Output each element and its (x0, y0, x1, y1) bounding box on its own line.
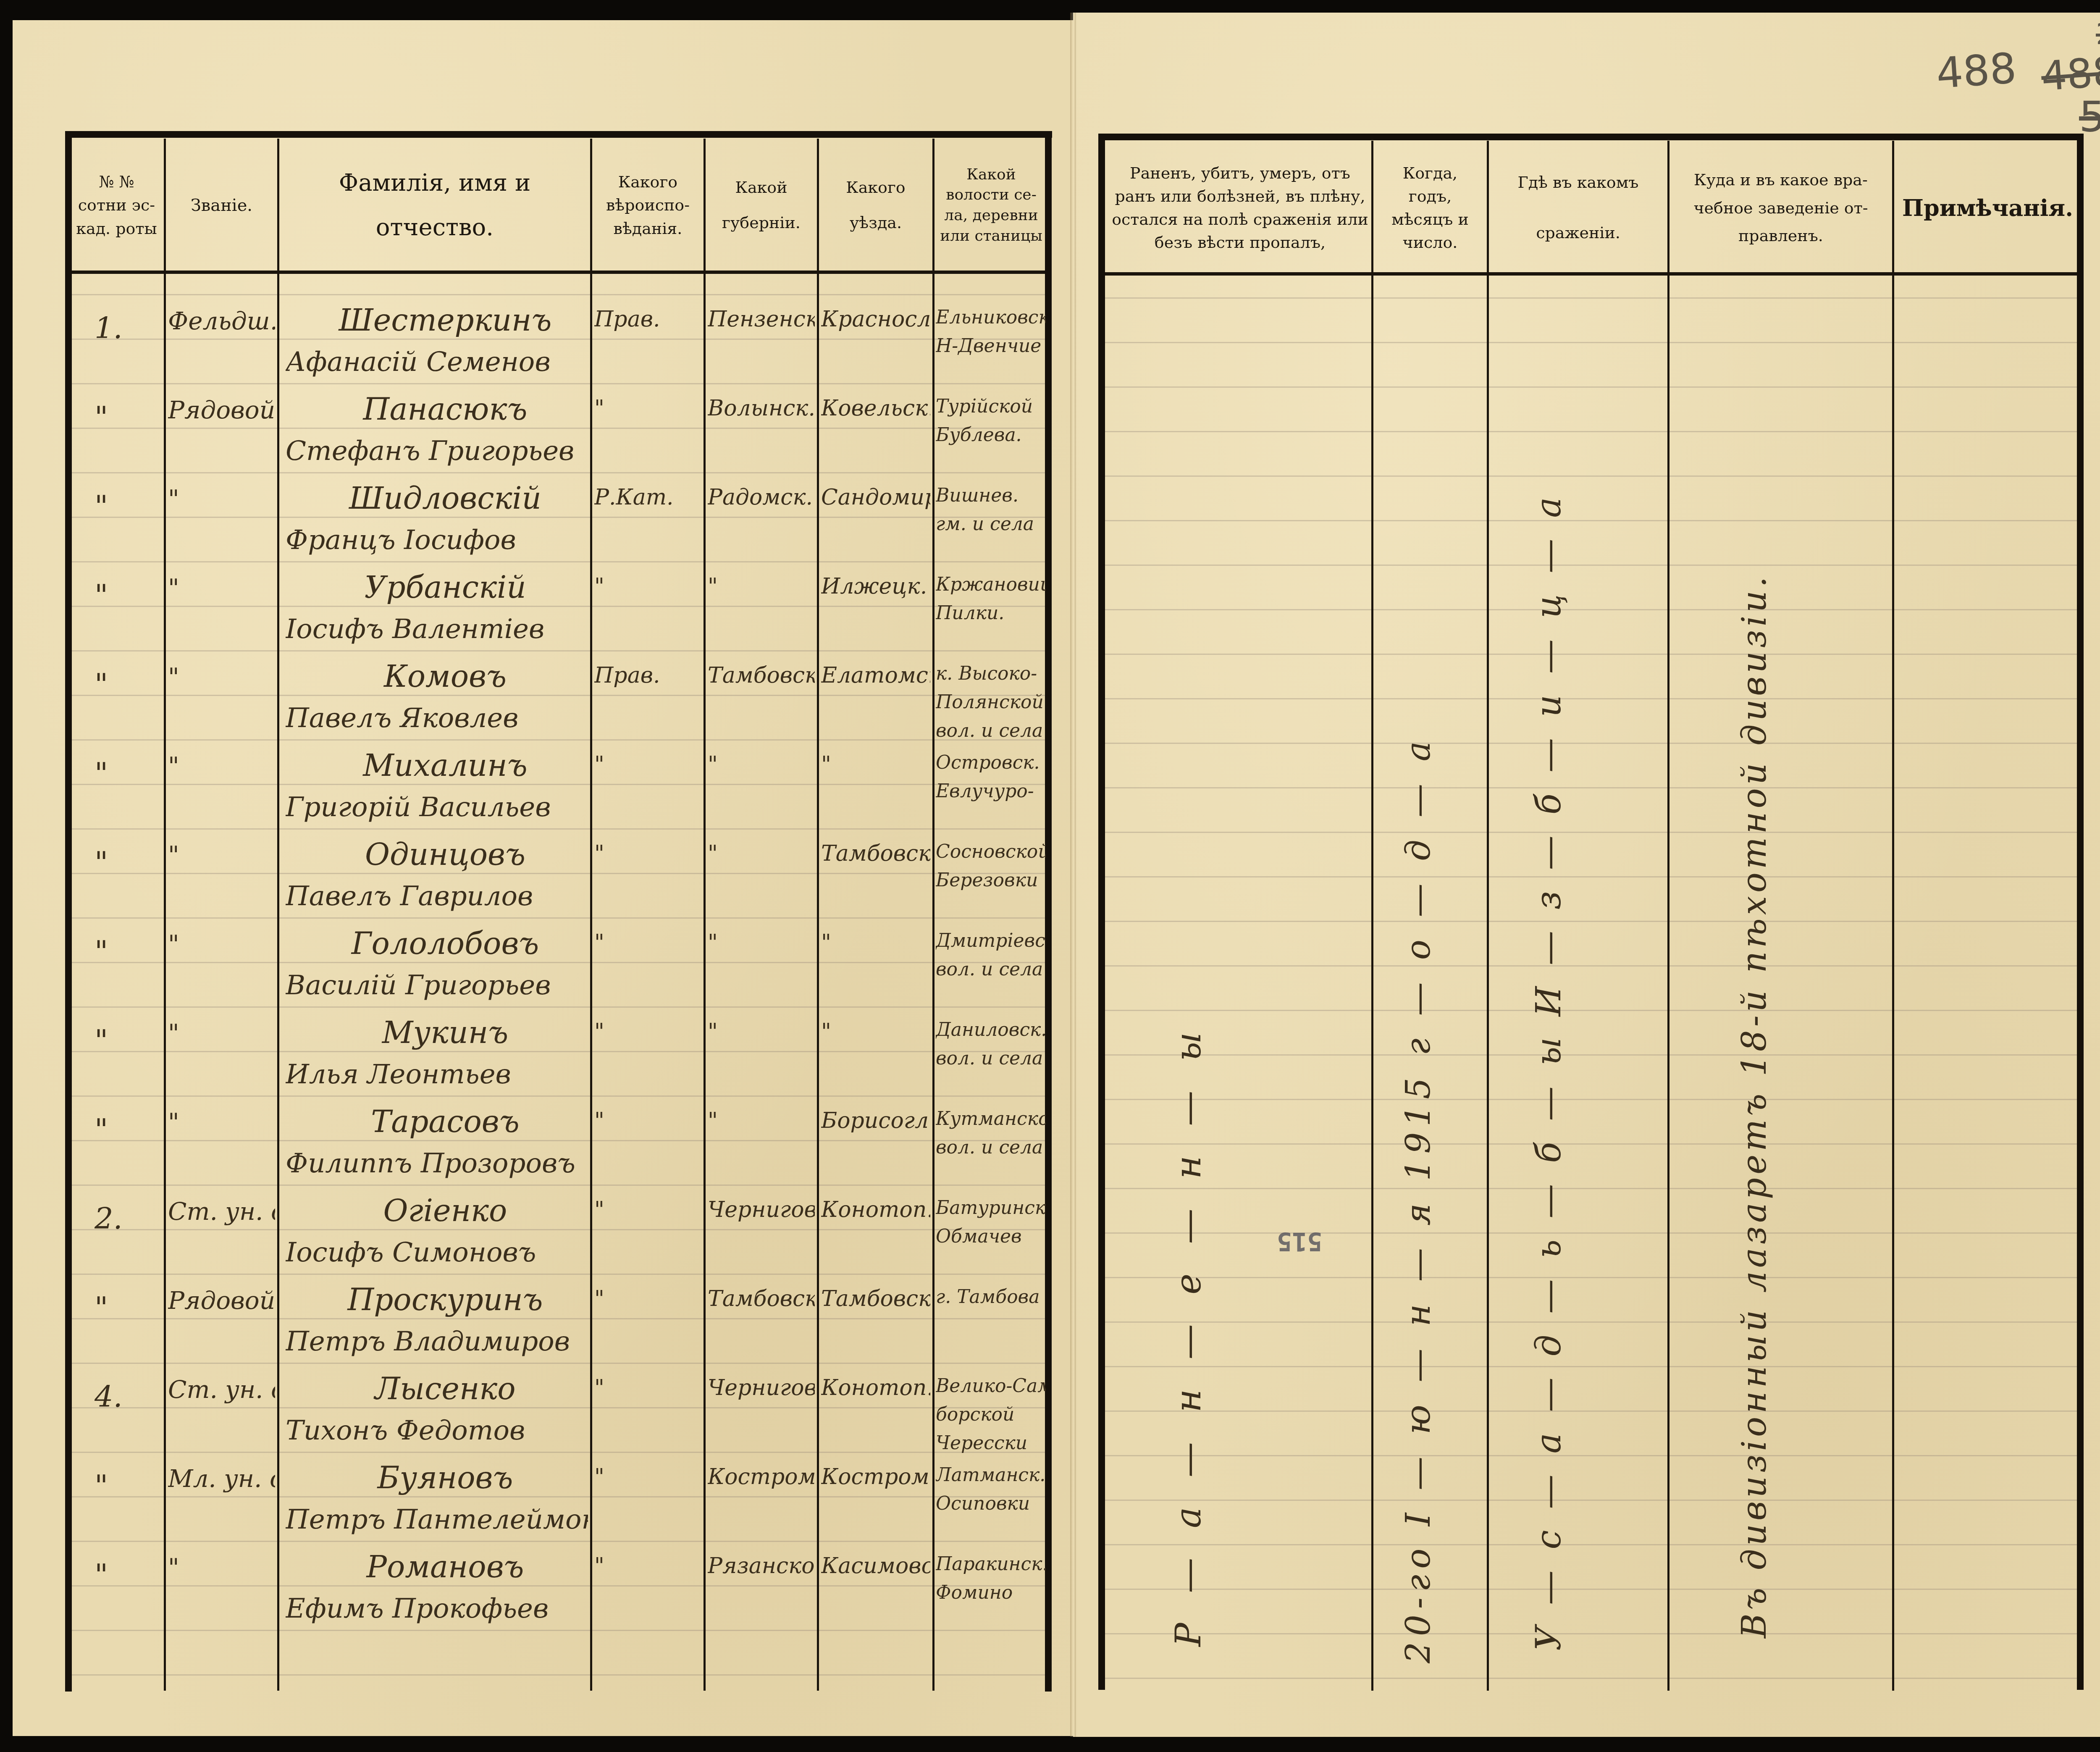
district: Елатомск. (821, 663, 930, 688)
village: Кутманской (936, 1108, 1046, 1129)
company-number: 4. (94, 1379, 123, 1414)
right-column-divider (1892, 141, 1894, 1691)
surname: Огіенко (319, 1193, 571, 1228)
ruled-line (69, 1674, 1048, 1676)
company-number: " (94, 1023, 108, 1058)
rank: " (168, 485, 179, 513)
village: Бублева. (936, 424, 1022, 446)
ruled-line (69, 1585, 1048, 1587)
province: Черниговск. (708, 1197, 815, 1222)
ruled-line (1102, 520, 2081, 521)
header-status: Раненъ, убитъ, умеръ, отъранъ или болѣзн… (1109, 143, 1371, 273)
village: Полянской (936, 691, 1044, 713)
ruled-line (1102, 1366, 2081, 1367)
district: Тамбовск. (821, 1286, 930, 1311)
ruled-line (1102, 1589, 2081, 1590)
province: " (708, 841, 718, 866)
province: " (708, 1019, 718, 1044)
ruled-line (1102, 876, 2081, 877)
surname: Гололобовъ (319, 926, 571, 961)
ruled-line (1102, 609, 2081, 610)
district: Краснослоб. (821, 307, 930, 332)
header-rank: Званіе. (166, 139, 277, 272)
religion: " (594, 930, 604, 955)
given-name-patronymic: Григорій Васильев (286, 792, 551, 823)
date-entry: 20-го І — ю — н — я 1915 г — о — д — а (1399, 735, 1438, 1663)
district: Конотоп. (821, 1375, 930, 1400)
religion: " (594, 1108, 604, 1133)
village: Паракинск. (936, 1553, 1046, 1575)
surname: Романовъ (319, 1549, 571, 1584)
surname: Буяновъ (319, 1460, 571, 1495)
company-number: " (94, 578, 108, 612)
village: Пилки. (936, 602, 1004, 624)
village: Фомино (936, 1582, 1013, 1603)
right-column-divider (1371, 141, 1373, 1691)
ruled-line (1102, 1500, 2081, 1501)
village: Чересски (936, 1432, 1027, 1454)
hospital-entry: Въ дивизіонный лазаретъ 18-й пѣхотной ди… (1735, 573, 1774, 1638)
religion: " (594, 1197, 604, 1222)
ruled-line (69, 428, 1048, 429)
header-hospital: Куда и въ какое вра-чебное заведеніе от-… (1669, 143, 1892, 273)
given-name-patronymic: Василій Григорьев (286, 970, 551, 1001)
district: " (821, 1019, 831, 1044)
ruled-line (1102, 1054, 2081, 1056)
province: Черниговск. (708, 1375, 815, 1400)
company-number: " (94, 756, 108, 791)
company-number: 1. (94, 311, 123, 345)
province: " (708, 752, 718, 777)
village: Латманск. (936, 1464, 1045, 1486)
given-name-patronymic: Филиппъ Прозоровъ (286, 1148, 575, 1179)
village: Березовки (936, 869, 1038, 891)
ruled-line (1102, 654, 2081, 655)
rank: Фельдш. (168, 307, 275, 335)
village: вол. и села (936, 1137, 1043, 1158)
ruled-line (69, 784, 1048, 785)
ruled-line (69, 828, 1048, 830)
ruled-line (1102, 1188, 2081, 1189)
province: Пензенск. (708, 307, 815, 332)
left-column-divider (817, 139, 819, 1691)
ruled-line (69, 962, 1048, 963)
rank: " (168, 663, 179, 691)
archive-stamp-number: 515 (1277, 1227, 1322, 1256)
district: Сандомир. (821, 485, 930, 510)
ruled-line (1102, 1143, 2081, 1145)
religion: Р.Кат. (594, 485, 674, 510)
ruled-line (69, 472, 1048, 473)
rank: Ст. ун. оф. (168, 1375, 275, 1404)
company-number: " (94, 845, 108, 880)
village: Островск. (936, 752, 1040, 773)
right-table-right-border (2077, 134, 2084, 1690)
ruled-line (69, 1274, 1048, 1275)
company-number: " (94, 934, 108, 969)
ruled-line (69, 1051, 1048, 1052)
ruled-line (69, 1452, 1048, 1453)
right-table-top-border (1098, 134, 2083, 140)
district: Борисогл. (821, 1108, 930, 1133)
ruled-line (69, 1496, 1048, 1497)
ruled-line (1102, 832, 2081, 833)
village: гм. и села (936, 513, 1034, 535)
left-table-right-border (1045, 131, 1052, 1692)
ruled-line (69, 561, 1048, 562)
ruled-line (1102, 1099, 2081, 1100)
rank: Рядовой (168, 396, 275, 424)
religion: " (594, 1464, 604, 1489)
rank: " (168, 752, 179, 780)
surname: Шестеркинъ (319, 302, 571, 338)
company-number: 2. (94, 1201, 123, 1236)
right-table-left-border (1098, 134, 1105, 1690)
village: вол. и села (936, 959, 1043, 980)
village: Обмачев (936, 1226, 1022, 1247)
village: Евлучуро- (936, 780, 1034, 802)
ruled-line (1102, 297, 2081, 299)
religion: " (594, 1375, 604, 1400)
ruled-line (69, 1363, 1048, 1364)
pencil-page-number-3: 2 (2096, 17, 2100, 51)
rank: " (168, 1108, 179, 1137)
surname: Урбанскій (319, 570, 571, 605)
right-column-divider (1487, 141, 1489, 1691)
village: Сосновской (936, 841, 1046, 862)
given-name-patronymic: Францъ Іосифов (286, 525, 516, 556)
company-number: " (94, 1468, 108, 1503)
right-column-divider (1667, 141, 1669, 1691)
given-name-patronymic: Петръ Пантелеймон (286, 1504, 588, 1535)
ruled-line (1102, 431, 2081, 432)
village: Даниловск. (936, 1019, 1046, 1040)
header-notes: Примѣчанія. (1894, 143, 2081, 273)
left-table-top-border (65, 131, 1052, 138)
rank: Мл. ун. оф. (168, 1464, 275, 1493)
given-name-patronymic: Павелъ Яковлев (286, 703, 518, 734)
village: вол. и села (936, 1048, 1043, 1069)
ruled-line (69, 1630, 1048, 1631)
header-province: Какойгуберніи. (706, 139, 817, 272)
ruled-line (69, 1095, 1048, 1097)
given-name-patronymic: Павелъ Гаврилов (286, 881, 533, 912)
province: Тамбовск. (708, 663, 815, 688)
village: к. Высоко- (936, 663, 1037, 684)
village: Вишнев. (936, 485, 1018, 506)
ruled-line (69, 383, 1048, 384)
left-table-left-border (65, 131, 72, 1692)
village: борской (936, 1404, 1014, 1425)
religion: Прав. (594, 307, 660, 332)
religion: " (594, 396, 604, 421)
ruled-line (1102, 386, 2081, 388)
given-name-patronymic: Іосифъ Валентіев (286, 614, 544, 645)
given-name-patronymic: Тихонъ Федотов (286, 1415, 525, 1446)
district: Тамбовск. (821, 841, 930, 866)
left-column-divider (932, 139, 934, 1691)
status-entry: Р — а — н — е — н — ы (1168, 1023, 1209, 1647)
ruled-line (69, 1229, 1048, 1230)
village: Дмитріевск. (936, 930, 1046, 951)
ruled-line (1102, 921, 2081, 922)
religion: " (594, 1286, 604, 1311)
ruled-line (1102, 1010, 2081, 1011)
rank: " (168, 1553, 179, 1582)
given-name-patronymic: Петръ Владимиров (286, 1326, 570, 1357)
ruled-line (69, 294, 1048, 295)
rank: " (168, 1019, 179, 1048)
province: Рязанской (708, 1553, 815, 1579)
ruled-line (1102, 1232, 2081, 1234)
company-number: " (94, 1112, 108, 1147)
religion: " (594, 752, 604, 777)
ruled-line (69, 917, 1048, 919)
left-column-divider (703, 139, 706, 1691)
header-full-name: Фамилія, имя иотчество. (279, 139, 590, 272)
ruled-line (1102, 965, 2081, 967)
village: Ельниковск. (936, 307, 1046, 328)
religion: " (594, 574, 604, 599)
ruled-line (1102, 475, 2081, 477)
ruled-line (69, 1318, 1048, 1319)
header-district: Какогоуѣзда. (819, 139, 932, 272)
province: " (708, 930, 718, 955)
ruled-line (69, 1006, 1048, 1008)
company-number: " (94, 1290, 108, 1325)
village: Батуринск. (936, 1197, 1046, 1219)
pencil-page-number-4: 524 (2079, 92, 2100, 142)
surname: Одинцовъ (319, 837, 571, 872)
surname: Шидловскій (319, 481, 571, 516)
ruled-line (1102, 565, 2081, 566)
ruled-line (1102, 787, 2081, 788)
district: Костромск. (821, 1464, 930, 1489)
province: " (708, 1108, 718, 1133)
province: Тамбовск. (708, 1286, 815, 1311)
battle-location-entry: У — с — а — д — ь — б — ы И — з — б — и … (1529, 492, 1569, 1651)
religion: " (594, 841, 604, 866)
ruled-line (69, 695, 1048, 696)
ruled-line (1102, 1321, 2081, 1323)
province: " (708, 574, 718, 599)
ruled-line (1102, 1544, 2081, 1545)
ruled-line (1102, 698, 2081, 699)
ruled-line (69, 1541, 1048, 1542)
given-name-patronymic: Илья Леонтьев (286, 1059, 511, 1090)
header-village: Какойволости се-ла, деревниили станицы (934, 139, 1048, 272)
district: Ковельск. (821, 396, 930, 421)
book-fold (1070, 13, 1076, 1737)
religion: " (594, 1019, 604, 1044)
given-name-patronymic: Ефимъ Прокофьев (286, 1593, 549, 1624)
ruled-line (69, 873, 1048, 874)
ruled-line (1102, 743, 2081, 744)
district: " (821, 930, 831, 955)
given-name-patronymic: Афанасій Семенов (286, 347, 551, 378)
surname: Тарасовъ (319, 1104, 571, 1139)
ruled-line (1102, 1678, 2081, 1679)
surname: Мукинъ (319, 1015, 571, 1050)
company-number: " (94, 1558, 108, 1592)
district: " (821, 752, 831, 777)
province: Волынск. (708, 396, 815, 421)
district: Конотоп. (821, 1197, 930, 1222)
company-number: " (94, 667, 108, 701)
surname: Комовъ (319, 659, 571, 694)
ruled-line (69, 1185, 1048, 1186)
pencil-page-number-1: 488 (1935, 43, 2018, 98)
rank: Ст. ун. оф. (168, 1197, 275, 1226)
village: Велико-Сам- (936, 1375, 1046, 1397)
surname: Панасюкъ (319, 391, 571, 427)
ruled-line (69, 1140, 1048, 1141)
village: вол. и села (936, 720, 1043, 741)
ruled-line (69, 739, 1048, 741)
ruled-line (69, 650, 1048, 651)
district: Илжецк. (821, 574, 927, 599)
surname: Проскуринъ (319, 1282, 571, 1317)
given-name-patronymic: Іосифъ Симоновъ (286, 1237, 536, 1268)
surname: Лысенко (319, 1371, 571, 1406)
company-number: " (94, 400, 108, 434)
province: Радомск. (708, 485, 813, 510)
rank: Рядовой (168, 1286, 275, 1315)
village: Осиповки (936, 1493, 1030, 1514)
header-battle: Гдѣ въ какомъсраженіи. (1489, 143, 1667, 273)
province: Костромск. (708, 1464, 815, 1489)
religion: " (594, 1553, 604, 1579)
surname: Михалинъ (319, 748, 571, 783)
rank: " (168, 930, 179, 959)
rank: " (168, 574, 179, 602)
religion: Прав. (594, 663, 660, 688)
district: Касимовск. (821, 1553, 930, 1579)
left-column-divider (590, 139, 592, 1691)
village: Н-Двенчие (936, 335, 1041, 357)
ruled-line (1102, 1633, 2081, 1634)
left-column-divider (164, 139, 166, 1691)
village: г. Тамбова (936, 1286, 1039, 1308)
ruled-line (69, 339, 1048, 340)
header-religion: Какоговѣроиспо-вѣданія. (592, 139, 703, 272)
given-name-patronymic: Стефанъ Григорьев (286, 436, 574, 467)
company-number: " (94, 489, 108, 523)
ruled-line (69, 517, 1048, 518)
ruled-line (1102, 1277, 2081, 1278)
ruled-line (69, 1407, 1048, 1408)
header-company-number: № №сотни эс-кад. роты (69, 139, 164, 272)
rank: " (168, 841, 179, 869)
ruled-line (1102, 1455, 2081, 1456)
ruled-line (1102, 342, 2081, 343)
village: Турійской (936, 396, 1033, 417)
ruled-line (1102, 1411, 2081, 1412)
header-when: Когда,годъ,мѣсяцъ ичисло. (1373, 143, 1487, 273)
ruled-line (69, 606, 1048, 607)
left-column-divider (277, 139, 279, 1691)
village: Кржановиц. (936, 574, 1046, 595)
